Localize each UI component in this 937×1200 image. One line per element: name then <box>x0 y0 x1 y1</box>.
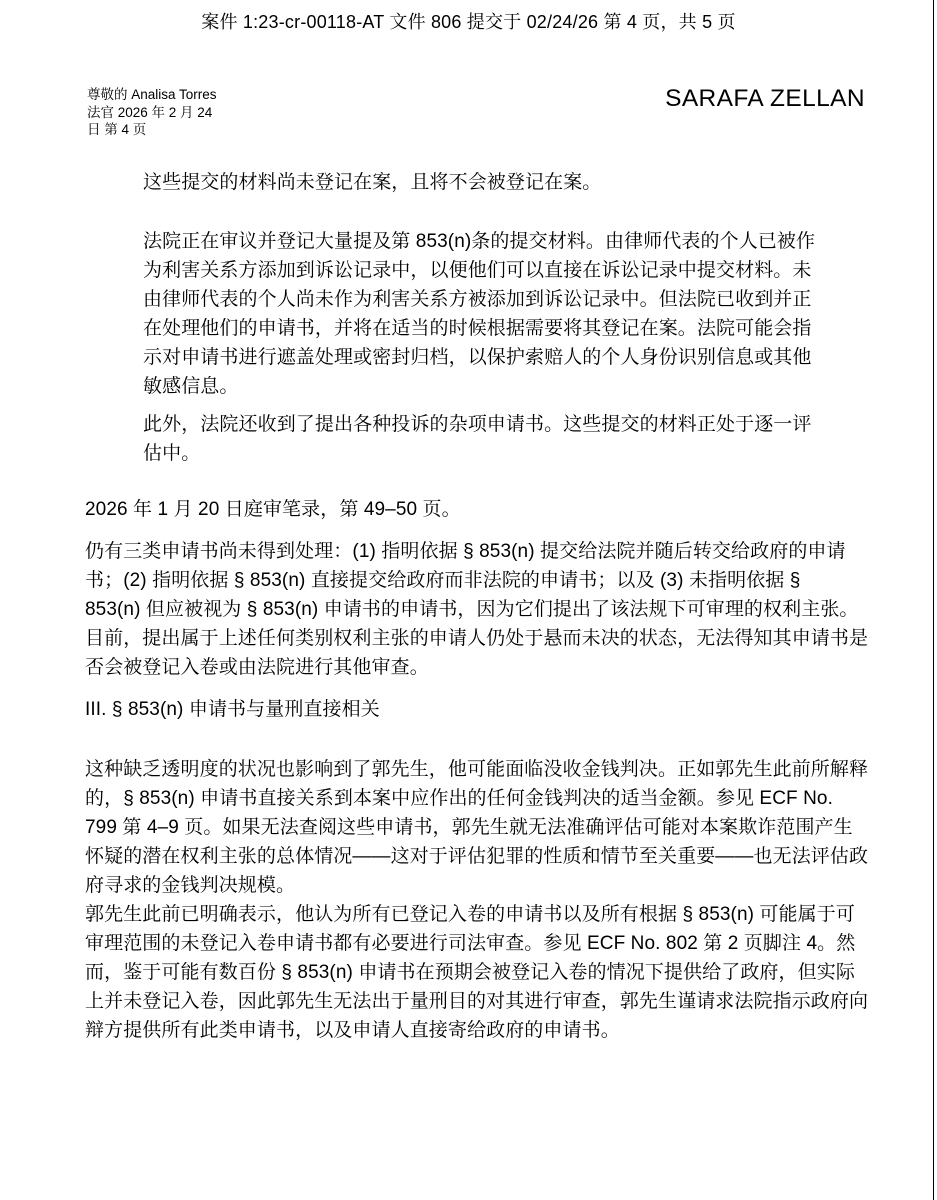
paragraph-unfiled-quote: 这些提交的材料尚未登记在案，且将不会被登记在案。 <box>143 168 933 197</box>
court-document-page: 案件 1:23-cr-00118-AT 文件 806 提交于 02/24/26 … <box>0 0 937 1200</box>
paragraph-petition-categories: 仍有三类申请书尚未得到处理：(1) 指明依据 § 853(n) 提交给法院并随后… <box>85 537 933 682</box>
transcript-citation: 2026 年 1 月 20 日庭审笔录，第 49–50 页。 <box>85 495 933 524</box>
section-heading-iii: III. § 853(n) 申请书与量刑直接相关 <box>85 695 933 724</box>
paragraph-request: 郭先生此前已明确表示，他认为所有已登记入卷的申请书以及所有根据 § 853(n)… <box>85 900 933 1045</box>
author-name: SARAFA ZELLAN <box>665 85 865 113</box>
salutation-block: 尊敬的 Analisa Torres 法官 2026 年 2 月 24 日 第 … <box>87 86 347 139</box>
page-edge-line <box>933 0 935 1200</box>
ecf-case-stamp: 案件 1:23-cr-00118-AT 文件 806 提交于 02/24/26 … <box>0 11 937 34</box>
paragraph-transparency: 这种缺乏透明度的状况也影响到了郭先生，他可能面临没收金钱判决。正如郭先生此前所解… <box>85 755 933 900</box>
salutation-line-3: 日 第 4 页 <box>87 121 347 139</box>
salutation-line-2: 法官 2026 年 2 月 24 <box>87 104 347 122</box>
paragraph-misc-quote: 此外，法院还收到了提出各种投诉的杂项申请书。这些提交的材料正处于逐一评 估中。 <box>143 410 933 468</box>
salutation-line-1: 尊敬的 Analisa Torres <box>87 86 347 104</box>
paragraph-docketing-quote: 法院正在审议并登记大量提及第 853(n)条的提交材料。由律师代表的个人已被作 … <box>143 227 933 401</box>
